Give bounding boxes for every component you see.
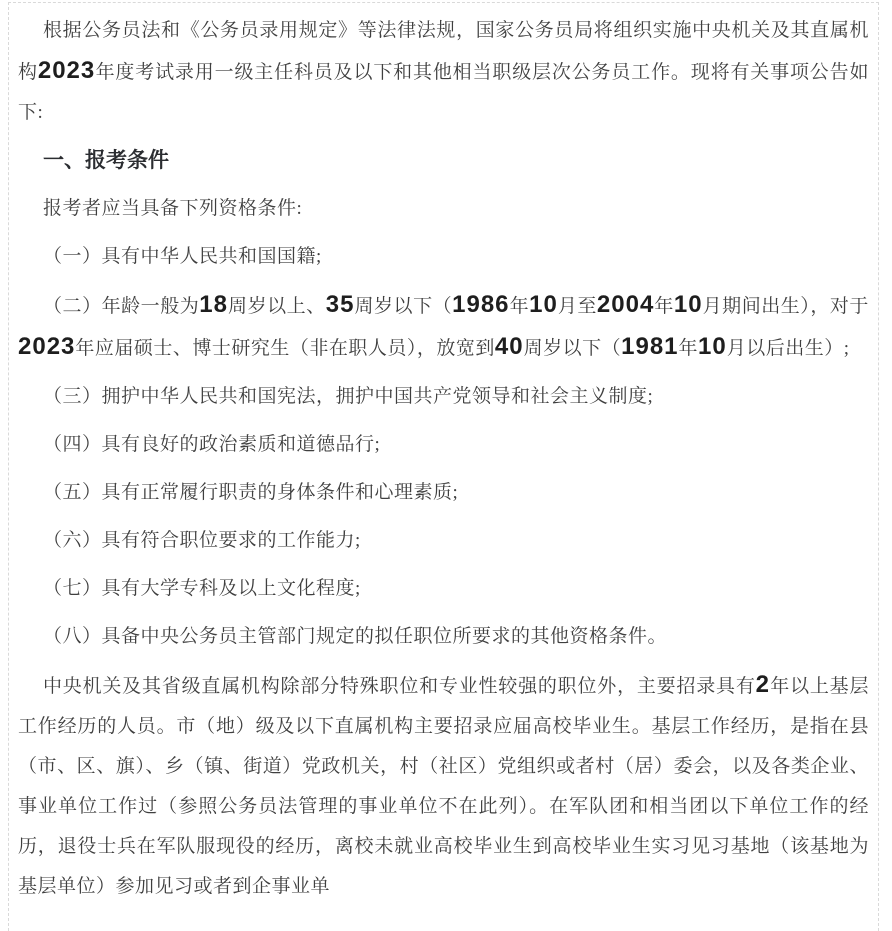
numeric-text: 10 xyxy=(529,291,558,318)
text-run: （一）具有中华人民共和国国籍; xyxy=(43,246,322,267)
paragraph: （七）具有大学专科及以上文化程度; xyxy=(18,569,869,609)
paragraph: （五）具有正常履行职责的身体条件和心理素质; xyxy=(18,473,869,513)
numeric-text: 18 xyxy=(199,291,228,318)
numeric-text: 10 xyxy=(674,291,703,318)
text-run: （三）拥护中华人民共和国宪法，拥护中国共产党领导和社会主义制度; xyxy=(43,386,653,407)
text-run: 一、报考条件 xyxy=(43,149,169,172)
text-run: 月以后出生）; xyxy=(727,338,850,359)
text-run: 月至 xyxy=(558,296,597,317)
announcement-page: 根据公务员法和《公务员录用规定》等法律法规，国家公务员局将组织实施中央机关及其直… xyxy=(8,2,879,931)
numeric-text: 35 xyxy=(326,291,355,318)
announcement-body: 根据公务员法和《公务员录用规定》等法律法规，国家公务员局将组织实施中央机关及其直… xyxy=(18,11,869,907)
text-run: 年 xyxy=(654,296,674,317)
paragraph: （四）具有良好的政治素质和道德品行; xyxy=(18,425,869,465)
numeric-text: 1986 xyxy=(452,291,509,318)
paragraph: 根据公务员法和《公务员录用规定》等法律法规，国家公务员局将组织实施中央机关及其直… xyxy=(18,11,869,133)
section-heading: 一、报考条件 xyxy=(18,141,869,181)
numeric-text: 1981 xyxy=(621,333,678,360)
paragraph: 中央机关及其省级直属机构除部分特殊职位和专业性较强的职位外，主要招录具有2年以上… xyxy=(18,665,869,907)
text-run: 中央机关及其省级直属机构除部分特殊职位和专业性较强的职位外，主要招录具有 xyxy=(43,676,756,697)
paragraph: （一）具有中华人民共和国国籍; xyxy=(18,237,869,277)
numeric-text: 10 xyxy=(698,333,727,360)
text-run: （二）年龄一般为 xyxy=(43,296,199,317)
paragraph: （八）具备中央公务员主管部门规定的拟任职位所要求的其他资格条件。 xyxy=(18,617,869,657)
numeric-text: 2 xyxy=(756,671,770,698)
text-run: 年以上基层工作经历的人员。市（地）级及以下直属机构主要招录应届高校毕业生。基层工… xyxy=(18,676,869,897)
paragraph: （三）拥护中华人民共和国宪法，拥护中国共产党领导和社会主义制度; xyxy=(18,377,869,417)
text-run: 周岁以下（ xyxy=(524,338,622,359)
numeric-text: 40 xyxy=(495,333,524,360)
paragraph: 报考者应当具备下列资格条件: xyxy=(18,189,869,229)
paragraph: （六）具有符合职位要求的工作能力; xyxy=(18,521,869,561)
text-run: （四）具有良好的政治素质和道德品行; xyxy=(43,434,380,455)
text-run: 月期间出生），对于 xyxy=(703,296,869,317)
text-run: 年应届硕士、博士研究生（非在职人员），放宽到 xyxy=(75,338,495,359)
numeric-text: 2004 xyxy=(597,291,654,318)
text-run: （七）具有大学专科及以上文化程度; xyxy=(43,578,361,599)
text-run: （八）具备中央公务员主管部门规定的拟任职位所要求的其他资格条件。 xyxy=(43,626,667,647)
text-run: （五）具有正常履行职责的身体条件和心理素质; xyxy=(43,482,458,503)
numeric-text: 2023 xyxy=(18,333,75,360)
text-run: 年 xyxy=(510,296,530,317)
text-run: 报考者应当具备下列资格条件: xyxy=(43,198,302,219)
numeric-text: 2023 xyxy=(38,57,95,84)
text-run: （六）具有符合职位要求的工作能力; xyxy=(43,530,361,551)
text-run: 周岁以下（ xyxy=(354,296,452,317)
paragraph: （二）年龄一般为18周岁以上、35周岁以下（1986年10月至2004年10月期… xyxy=(18,285,869,369)
text-run: 年 xyxy=(679,338,699,359)
text-run: 周岁以上、 xyxy=(228,296,326,317)
text-run: 年度考试录用一级主任科员及以下和其他相当职级层次公务员工作。现将有关事项公告如下… xyxy=(18,62,869,123)
